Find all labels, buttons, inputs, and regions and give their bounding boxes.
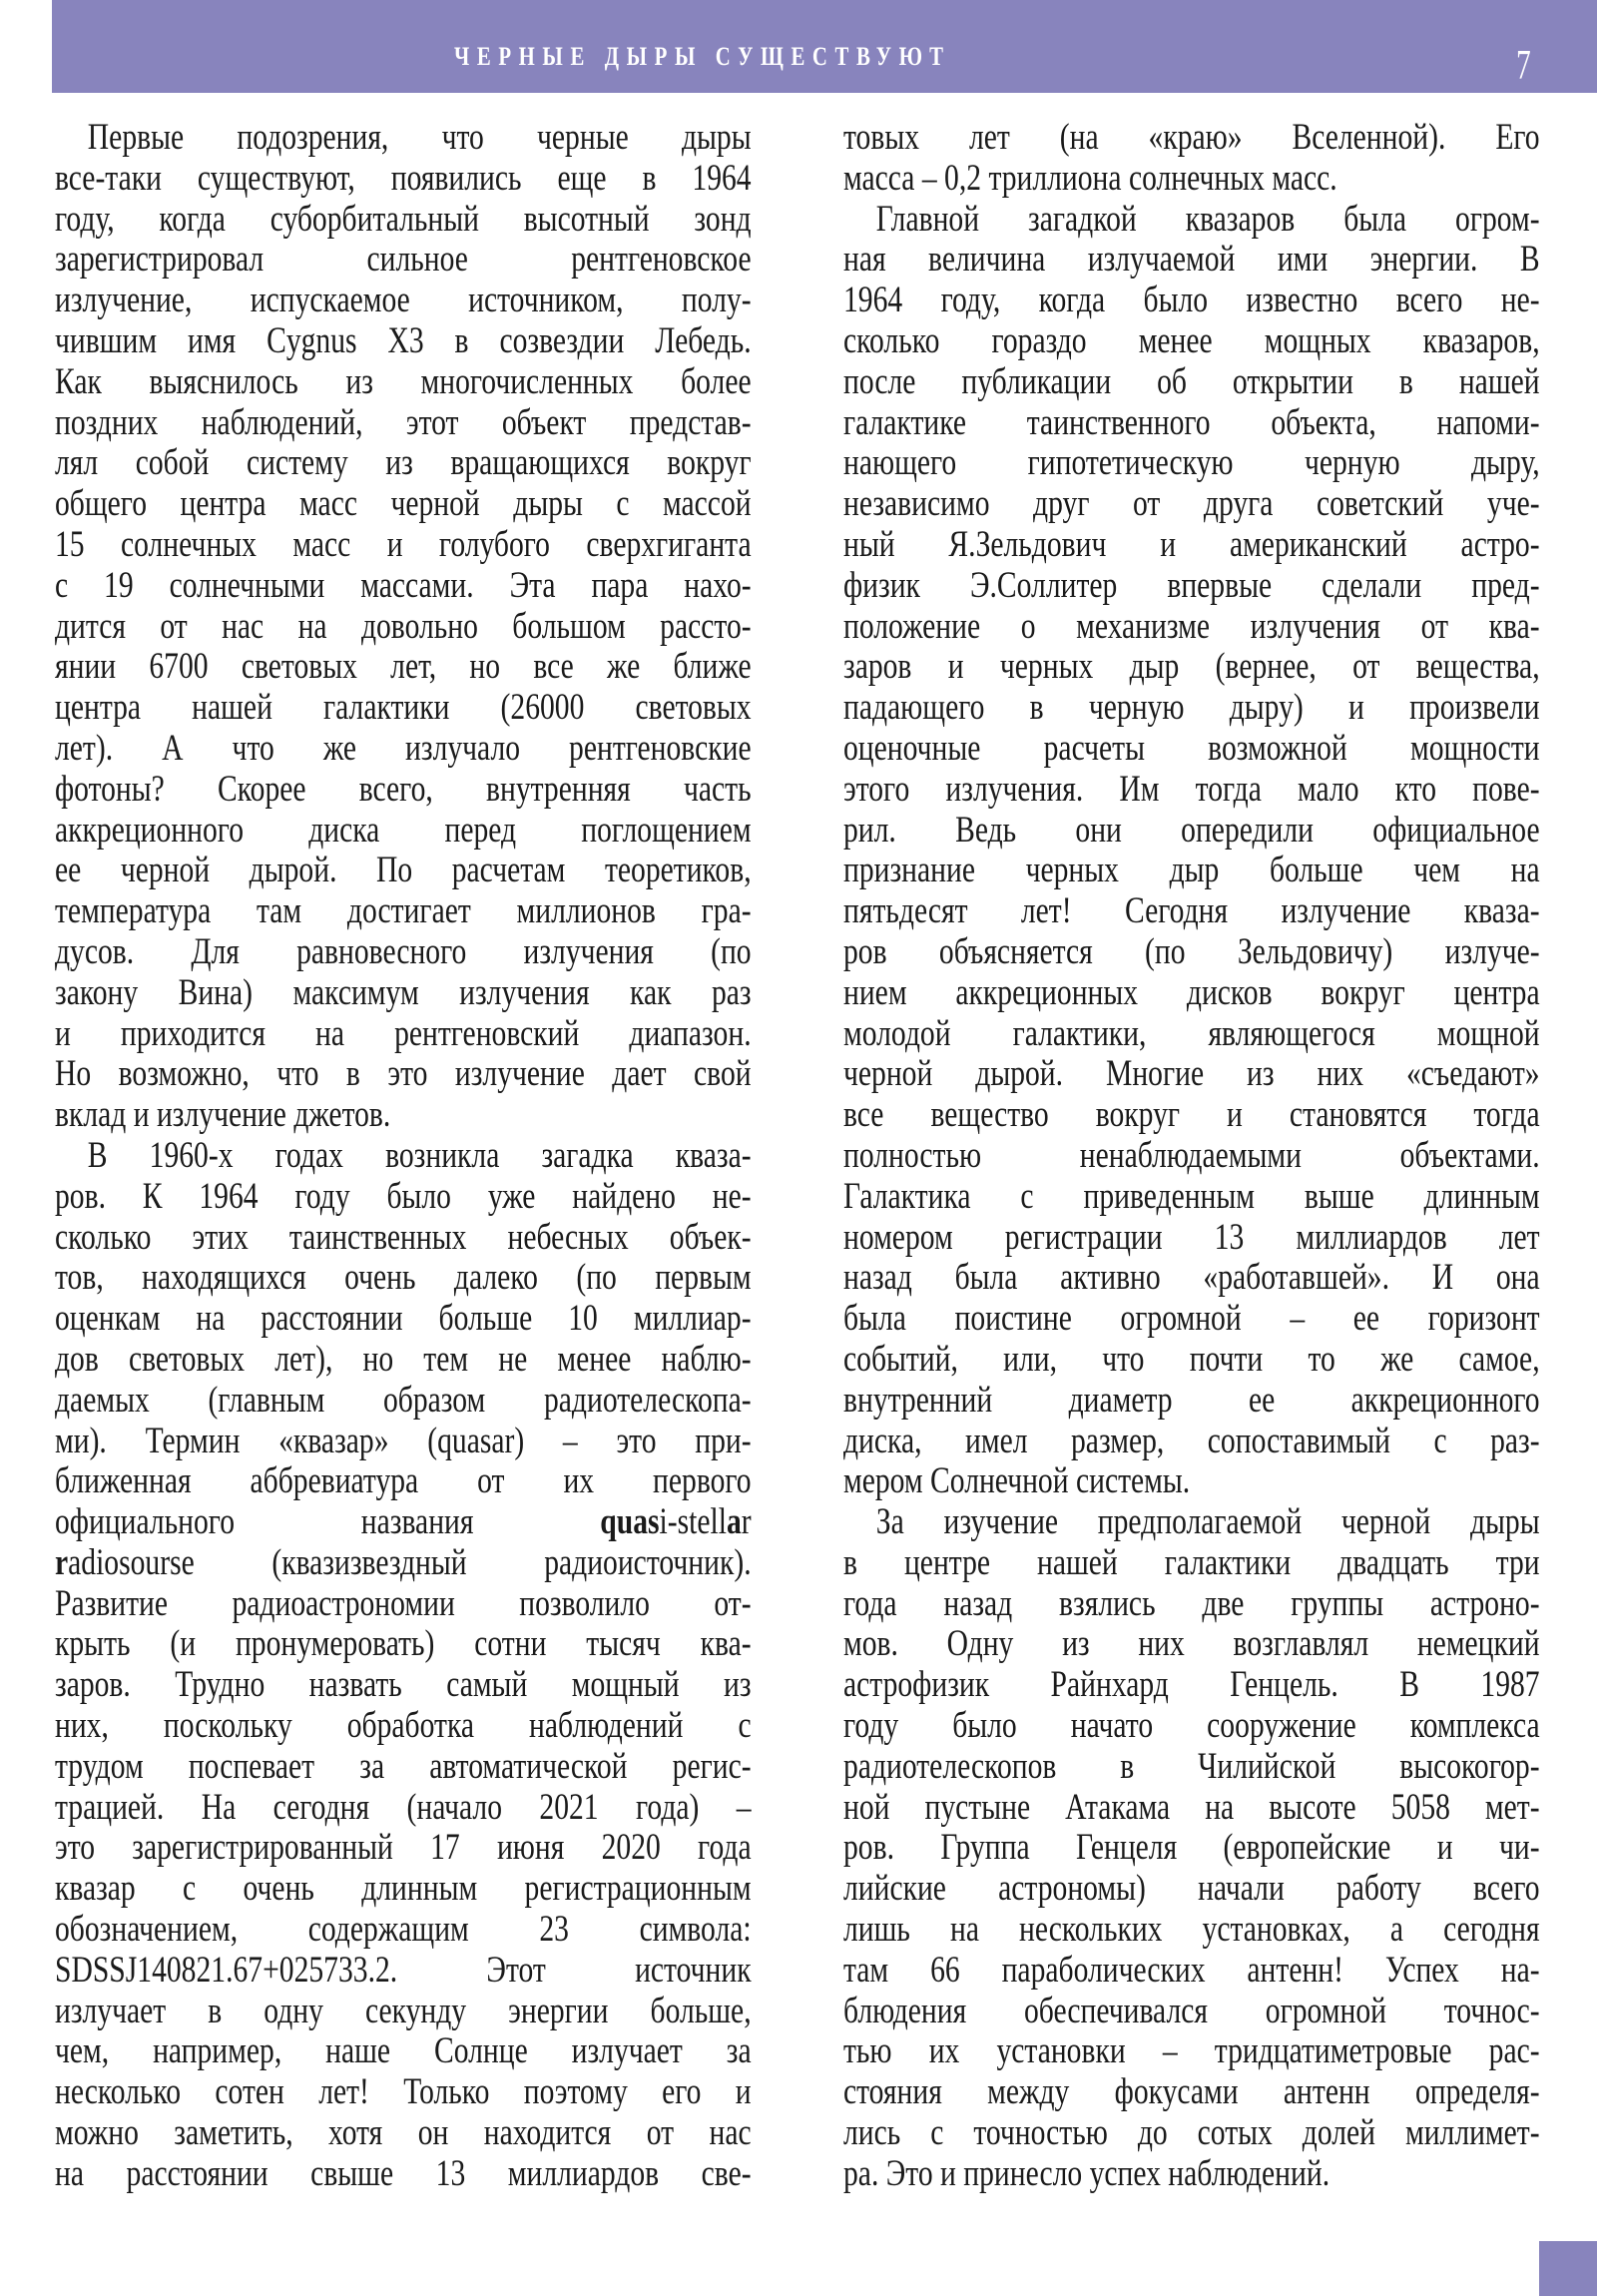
text-line: Главной загадкой квазаров была огром- xyxy=(843,200,1540,241)
text-line: оценкам на расстоянии больше 10 миллиар- xyxy=(55,1299,752,1340)
text-line: лись с точностью до сотых долей миллимет… xyxy=(843,2113,1540,2154)
text-line: SDSSJ140821.67+025733.2. Этот источник xyxy=(55,1951,752,1992)
text-line: этого излучения. Им тогда мало кто пове- xyxy=(843,770,1540,811)
text-line: рил. Ведь они опередили официальное xyxy=(843,811,1540,852)
text-line: ра. Это и принесло успех наблюдений. xyxy=(843,2154,1540,2195)
text-line: тов, находящихся очень далеко (по первым xyxy=(55,1258,752,1299)
text-line: пятьдесят лет! Сегодня излучение кваза- xyxy=(843,891,1540,932)
text-line: квазар с очень длинным регистрационным xyxy=(55,1869,752,1910)
text-line: сколько этих таинственных небесных объек… xyxy=(55,1218,752,1259)
text-line: черной дырой. Многие из них «съедают» xyxy=(843,1054,1540,1095)
text-line: событий, или, что почти то же самое, xyxy=(843,1340,1540,1381)
text-line: тью их установки – тридцатиметровые рас- xyxy=(843,2031,1540,2072)
text-line: излучает в одну секунду энергии больше, xyxy=(55,1992,752,2032)
text-line: году было начато сооружение комплекса xyxy=(843,1706,1540,1747)
text-line: 15 солнечных масс и голубого сверхгигант… xyxy=(55,525,752,566)
page-corner-tab xyxy=(1539,2241,1597,2296)
text-line: ный Я.Зельдович и американский астро- xyxy=(843,525,1540,566)
text-line: общего центра масс черной дыры с массой xyxy=(55,484,752,525)
text-line: падающего в черную дыру) и произвели xyxy=(843,688,1540,729)
text-line: нием аккреционных дисков вокруг центра xyxy=(843,973,1540,1014)
text-line: дов световых лет), но тем не менее наблю… xyxy=(55,1340,752,1381)
text-line: физик Э.Соллитер впервые сделали пред- xyxy=(843,566,1540,607)
text-line: на расстоянии свыше 13 миллиардов све- xyxy=(55,2154,752,2195)
text-line: оценочные расчеты возможной мощности xyxy=(843,729,1540,770)
running-title: ЧЕРНЫЕ ДЫРЫ СУЩЕСТВУЮТ xyxy=(454,42,1005,72)
text-line: положение о механизме излучения от ква- xyxy=(843,607,1540,648)
text-line: там 66 параболических антенн! Успех на- xyxy=(843,1951,1540,1992)
text-line: ров объясняется (по Зельдовичу) излуче- xyxy=(843,932,1540,973)
text-line: все вещество вокруг и становятся тогда xyxy=(843,1095,1540,1136)
text-line: году, когда суборбитальный высотный зонд xyxy=(55,200,752,241)
text-line: астрофизик Райнхард Генцель. В 1987 xyxy=(843,1665,1540,1706)
bold-segment: r xyxy=(55,1542,68,1583)
text-line: мером Солнечной системы. xyxy=(843,1461,1540,1502)
text-line: после публикации об открытии в нашей xyxy=(843,362,1540,403)
text-line: все-таки существуют, появились еще в 196… xyxy=(55,159,752,200)
text-line: сколько гораздо менее мощных квазаров, xyxy=(843,321,1540,362)
text-line: В 1960-х годах возникла загадка кваза- xyxy=(55,1136,752,1177)
text-line: температура там достигает миллионов гра- xyxy=(55,891,752,932)
text-line: дусов. Для равновесного излучения (по xyxy=(55,932,752,973)
left-column: Первые подозрения, что черные дырывсе-та… xyxy=(55,118,752,2195)
text-line: официального названия quasi-stellar xyxy=(55,1502,752,1543)
bold-segment: quas xyxy=(600,1501,659,1542)
text-line: внутренний диаметр ее аккреционного xyxy=(843,1381,1540,1422)
text-line: признание черных дыр больше чем на xyxy=(843,851,1540,891)
text-line: Галактика с приведенным выше длинным xyxy=(843,1177,1540,1218)
text-line: ближенная аббревиатура от их первого xyxy=(55,1461,752,1502)
text-line: поздних наблюдений, этот объект представ… xyxy=(55,403,752,444)
text-line: и приходится на рентгеновский диапазон. xyxy=(55,1014,752,1055)
text-line: это зарегистрированный 17 июня 2020 года xyxy=(55,1828,752,1869)
text-line: чем, например, наше Солнце излучает за xyxy=(55,2031,752,2072)
text-line: трудом поспевает за автоматической регис… xyxy=(55,1747,752,1788)
text-line: года назад взялись две группы астроно- xyxy=(843,1584,1540,1625)
text-line: Развитие радиоастрономии позволило от- xyxy=(55,1584,752,1625)
text-line: аккреционного диска перед поглощением xyxy=(55,811,752,852)
text-line: ми). Термин «квазар» (quasar) – это при- xyxy=(55,1422,752,1462)
text-line: Первые подозрения, что черные дыры xyxy=(55,118,752,159)
page-number: 7 xyxy=(1516,44,1531,88)
text-line: галактике таинственного объекта, напоми- xyxy=(843,403,1540,444)
text-line: 1964 году, когда было известно всего не- xyxy=(843,281,1540,321)
bold-segment: a xyxy=(727,1501,742,1542)
text-line: диска, имел размер, сопоставимый с раз- xyxy=(843,1422,1540,1462)
text-line: ее черной дырой. По расчетам теоретиков, xyxy=(55,851,752,891)
text-line: лишь на нескольких установках, а сегодня xyxy=(843,1910,1540,1951)
text-line: заров. Трудно назвать самый мощный из xyxy=(55,1665,752,1706)
text-line: вклад и излучение джетов. xyxy=(55,1095,752,1136)
text-line: с 19 солнечными массами. Эта пара нахо- xyxy=(55,566,752,607)
text-line: лет). А что же излучало рентгеновские xyxy=(55,729,752,770)
text-line: номером регистрации 13 миллиардов лет xyxy=(843,1218,1540,1259)
text-line: Но возможно, что в это излучение дает св… xyxy=(55,1054,752,1095)
text-line: центра нашей галактики (26000 световых xyxy=(55,688,752,729)
text-line: радиотелескопов в Чилийской высокогор- xyxy=(843,1747,1540,1788)
text-line: в центре нашей галактики двадцать три xyxy=(843,1543,1540,1584)
text-line: молодой галактики, являющегося мощной xyxy=(843,1014,1540,1055)
text-line: ная величина излучаемой ими энергии. В xyxy=(843,240,1540,281)
text-line: radiosourse (квазизвездный радиоисточник… xyxy=(55,1543,752,1584)
text-line: За изучение предполагаемой черной дыры xyxy=(843,1502,1540,1543)
text-line: можно заметить, хотя он находится от нас xyxy=(55,2113,752,2154)
text-line: дится от нас на довольно большом рассто- xyxy=(55,607,752,648)
text-line: ров. К 1964 году было уже найдено не- xyxy=(55,1177,752,1218)
text-line: стояния между фокусами антенн определя- xyxy=(843,2072,1540,2113)
text-segment: r xyxy=(742,1501,752,1542)
text-line: даемых (главным образом радиотелескопа- xyxy=(55,1381,752,1422)
text-line: нающего гипотетическую черную дыру, xyxy=(843,443,1540,484)
text-line: лийские астрономы) начали работу всего xyxy=(843,1869,1540,1910)
text-line: товых лет (на «краю» Вселенной). Его xyxy=(843,118,1540,159)
text-line: трацией. На сегодня (начало 2021 года) – xyxy=(55,1788,752,1829)
text-line: чившим имя Cygnus X3 в созвездии Лебедь. xyxy=(55,321,752,362)
text-line: излучение, испускаемое источником, полу- xyxy=(55,281,752,321)
text-line: лял собой систему из вращающихся вокруг xyxy=(55,443,752,484)
text-line: обозначением, содержащим 23 символа: xyxy=(55,1910,752,1951)
text-line: фотоны? Скорее всего, внутренняя часть xyxy=(55,770,752,811)
text-line: закону Вина) максимум излучения как раз xyxy=(55,973,752,1014)
text-line: блюдения обеспечивался огромной точнос- xyxy=(843,1992,1540,2032)
text-segment: i-stell xyxy=(660,1501,727,1542)
text-line: независимо друг от друга советский уче- xyxy=(843,484,1540,525)
right-column: товых лет (на «краю» Вселенной). Егомасс… xyxy=(843,118,1540,2195)
text-line: полностью ненаблюдаемыми объектами. xyxy=(843,1136,1540,1177)
text-line: зарегистрировал сильное рентгеновское xyxy=(55,240,752,281)
text-segment: adiosourse (квазизвездный радиоисточник)… xyxy=(68,1542,751,1583)
text-line: масса – 0,2 триллиона солнечных масс. xyxy=(843,159,1540,200)
text-line: Как выяснилось из многочисленных более xyxy=(55,362,752,403)
text-line: крыть (и пронумеровать) сотни тысяч ква- xyxy=(55,1624,752,1665)
text-line: мов. Одну из них возглавлял немецкий xyxy=(843,1624,1540,1665)
text-line: заров и черных дыр (вернее, от вещества, xyxy=(843,647,1540,688)
text-line: была поистине огромной – ее горизонт xyxy=(843,1299,1540,1340)
text-line: назад была активно «работавшей». И она xyxy=(843,1258,1540,1299)
text-line: ров. Группа Генцеля (европейские и чи- xyxy=(843,1828,1540,1869)
page-header-bar: ЧЕРНЫЕ ДЫРЫ СУЩЕСТВУЮТ 7 xyxy=(52,0,1597,93)
text-line: ной пустыне Атакама на высоте 5058 мет- xyxy=(843,1788,1540,1829)
text-segment: официального названия xyxy=(55,1501,600,1542)
text-line: несколько сотен лет! Только поэтому его … xyxy=(55,2072,752,2113)
text-line: них, поскольку обработка наблюдений с xyxy=(55,1706,752,1747)
text-line: янии 6700 световых лет, но все же ближе xyxy=(55,647,752,688)
